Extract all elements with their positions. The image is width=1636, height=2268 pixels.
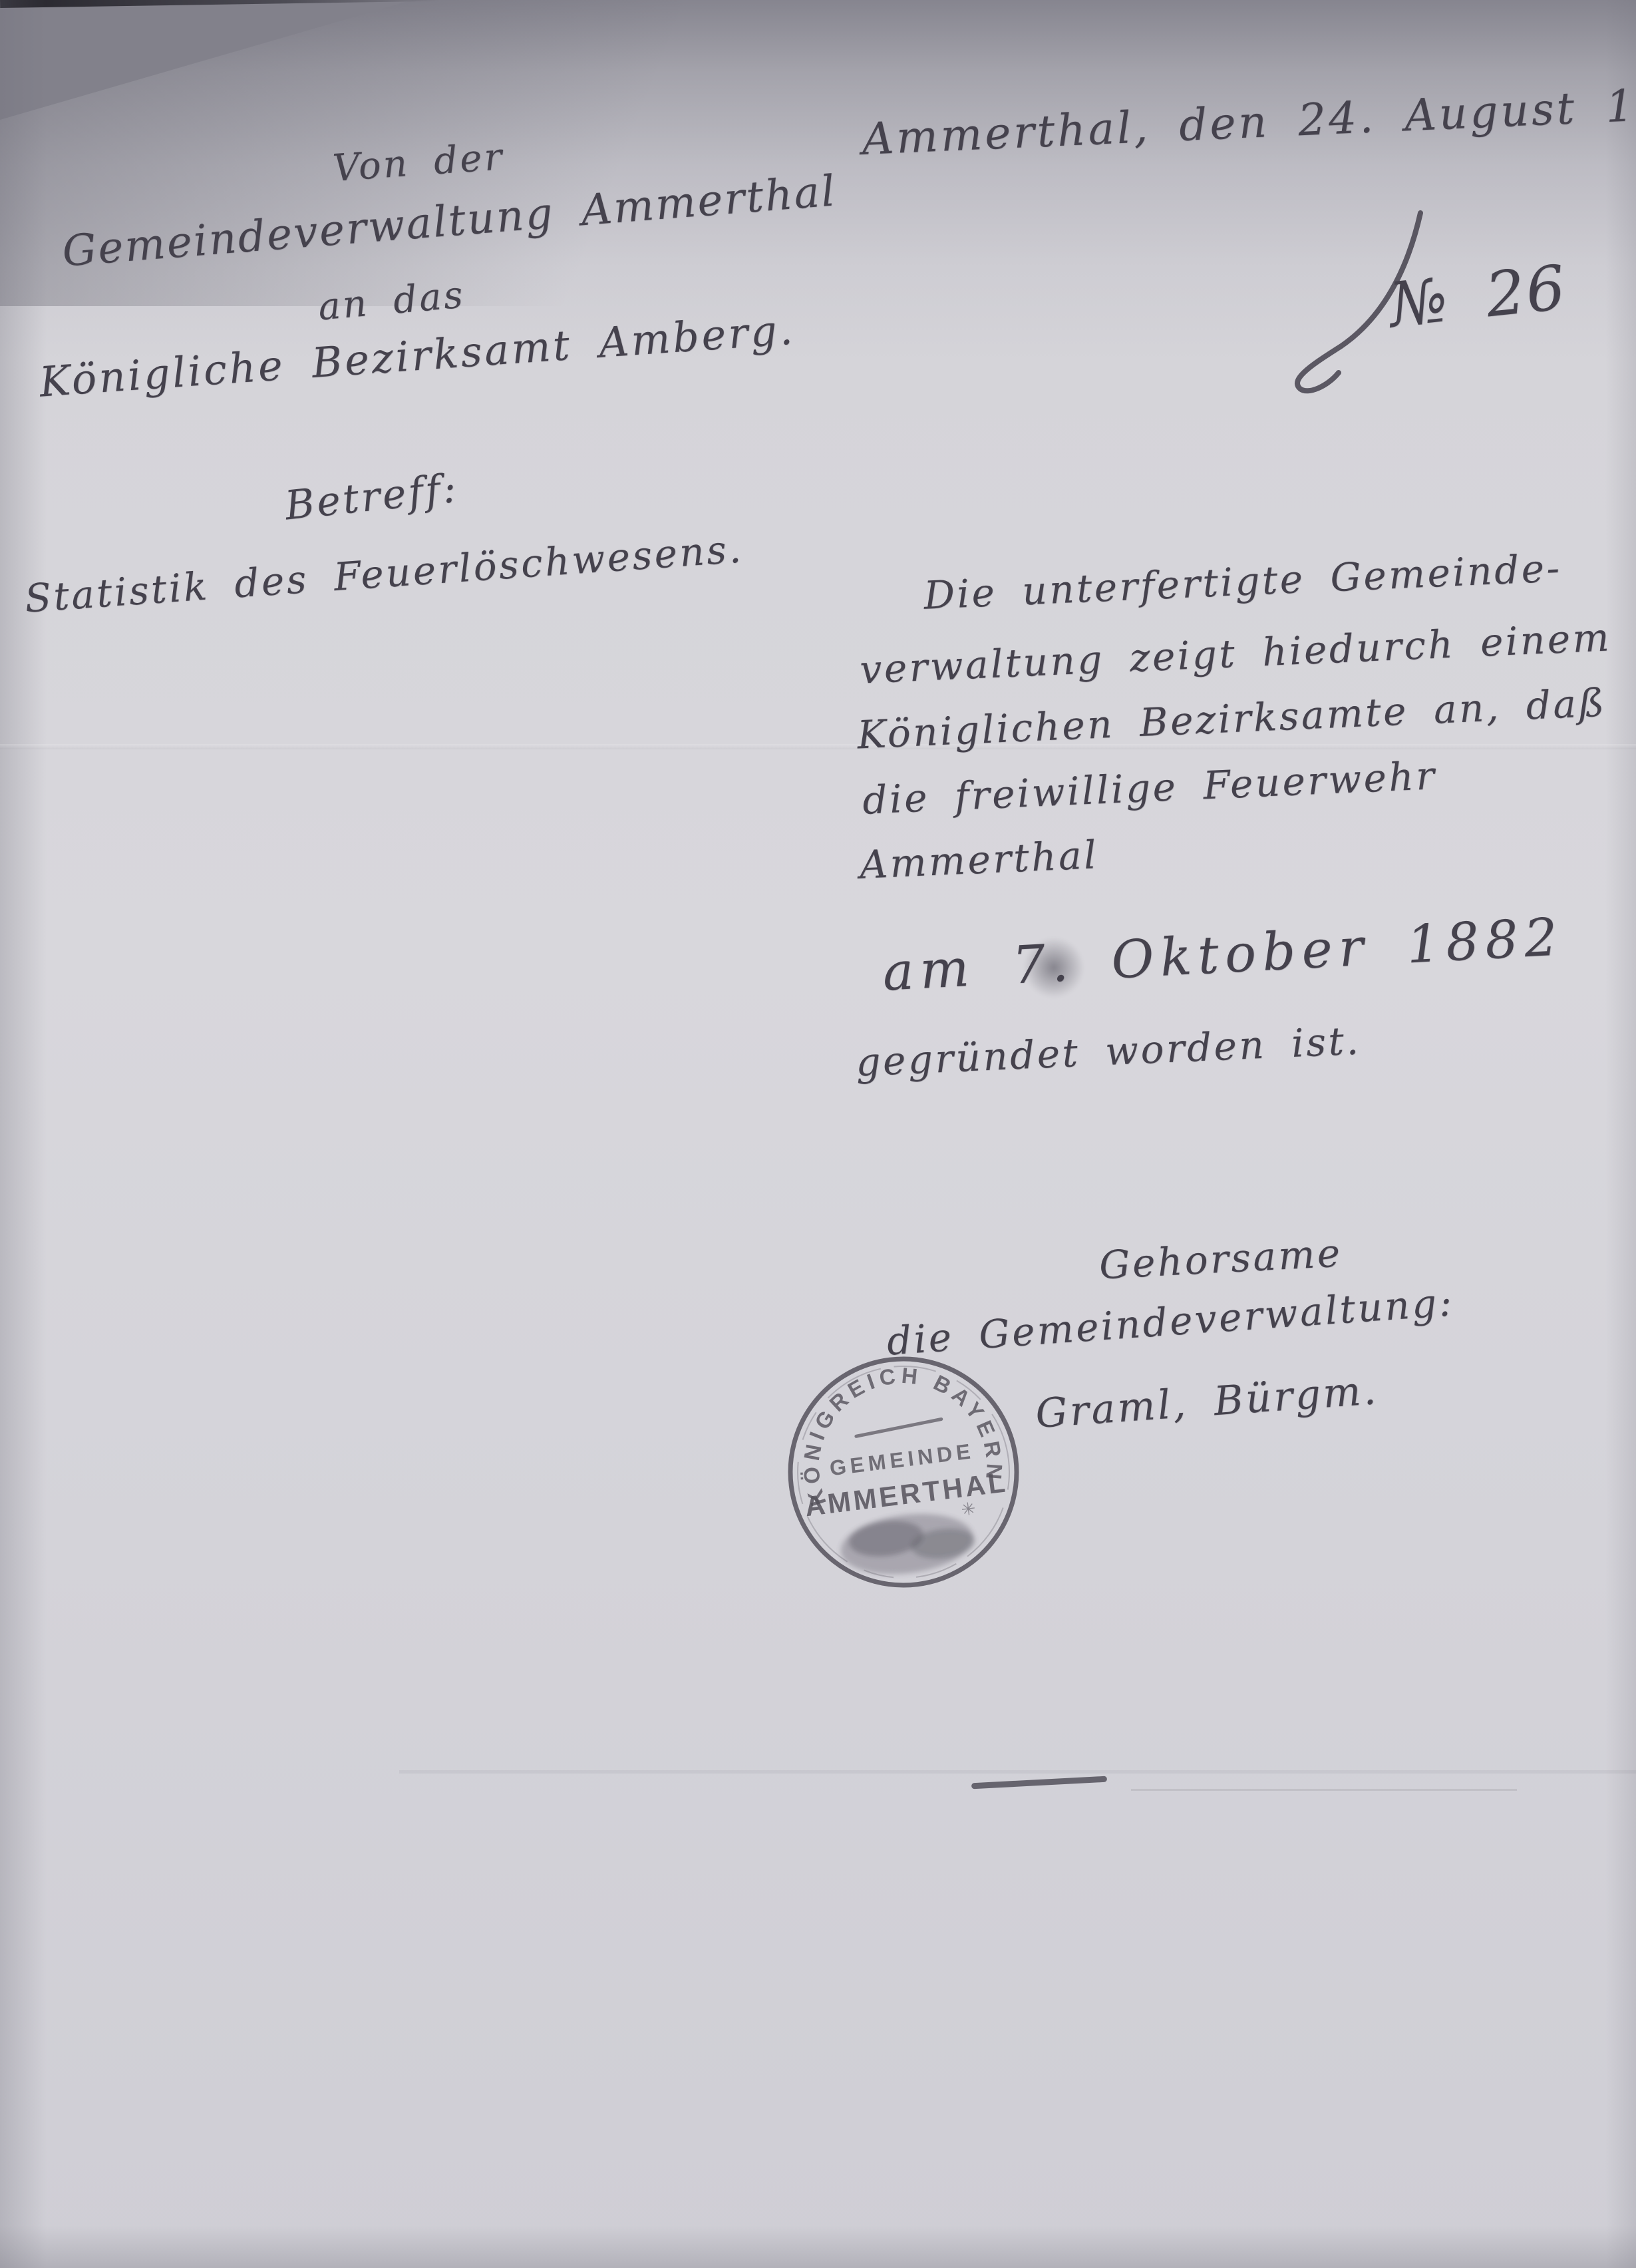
sender-line-an-das: an das xyxy=(317,273,467,329)
date-line: Ammerthal, den 24. August 1888. xyxy=(861,75,1636,165)
sender-line-von-der: Von der xyxy=(331,135,506,190)
body-line-1: Die unterfertigte Gemeinde- xyxy=(923,545,1563,618)
body-line-founding-date: am 7. Oktober 1882 xyxy=(881,907,1565,1003)
subject-text: Statistik des Feuerlöschwesens. xyxy=(23,526,744,621)
bottom-edge-shadow xyxy=(0,2225,1636,2268)
ink-dash-mark xyxy=(971,1776,1107,1790)
body-line-2: verwaltung zeigt hiedurch einem xyxy=(859,614,1612,692)
body-line-4: die freiwillige Feuerwehr xyxy=(862,753,1438,823)
page-corner-shadow xyxy=(0,0,412,120)
scanner-edge-line xyxy=(0,0,439,8)
body-line-3: Königlichen Bezirksamte an, daß xyxy=(856,679,1607,757)
left-edge-shadow xyxy=(0,0,47,2268)
stamp-star-ornament: ✳ xyxy=(960,1499,977,1519)
body-line-5: Ammerthal xyxy=(859,832,1100,888)
body-line-7: gegründet worden ist. xyxy=(855,1018,1362,1085)
subject-label: Betreff: xyxy=(283,465,460,530)
faint-line-mark xyxy=(1131,1789,1517,1791)
right-edge-shadow xyxy=(1605,0,1636,2268)
paper-crease-lower xyxy=(399,1770,1636,1774)
stamp-divider-dash xyxy=(856,1419,942,1436)
municipal-seal-stamp: KÖNIGREICH BAYERN GEMEINDE AMMERTHAL ✳ xyxy=(766,1334,1042,1610)
sender-line-gemeindeverwaltung: Gemeindeverwaltung Ammerthal xyxy=(61,166,838,276)
paper-crease-upper xyxy=(0,744,1636,749)
scanned-letter-page: Ammerthal, den 24. August 1888. № 26 Von… xyxy=(0,0,1636,2268)
closing-salutation: Gehorsame xyxy=(1098,1230,1343,1288)
signature: Graml, Bürgm. xyxy=(1034,1367,1380,1437)
